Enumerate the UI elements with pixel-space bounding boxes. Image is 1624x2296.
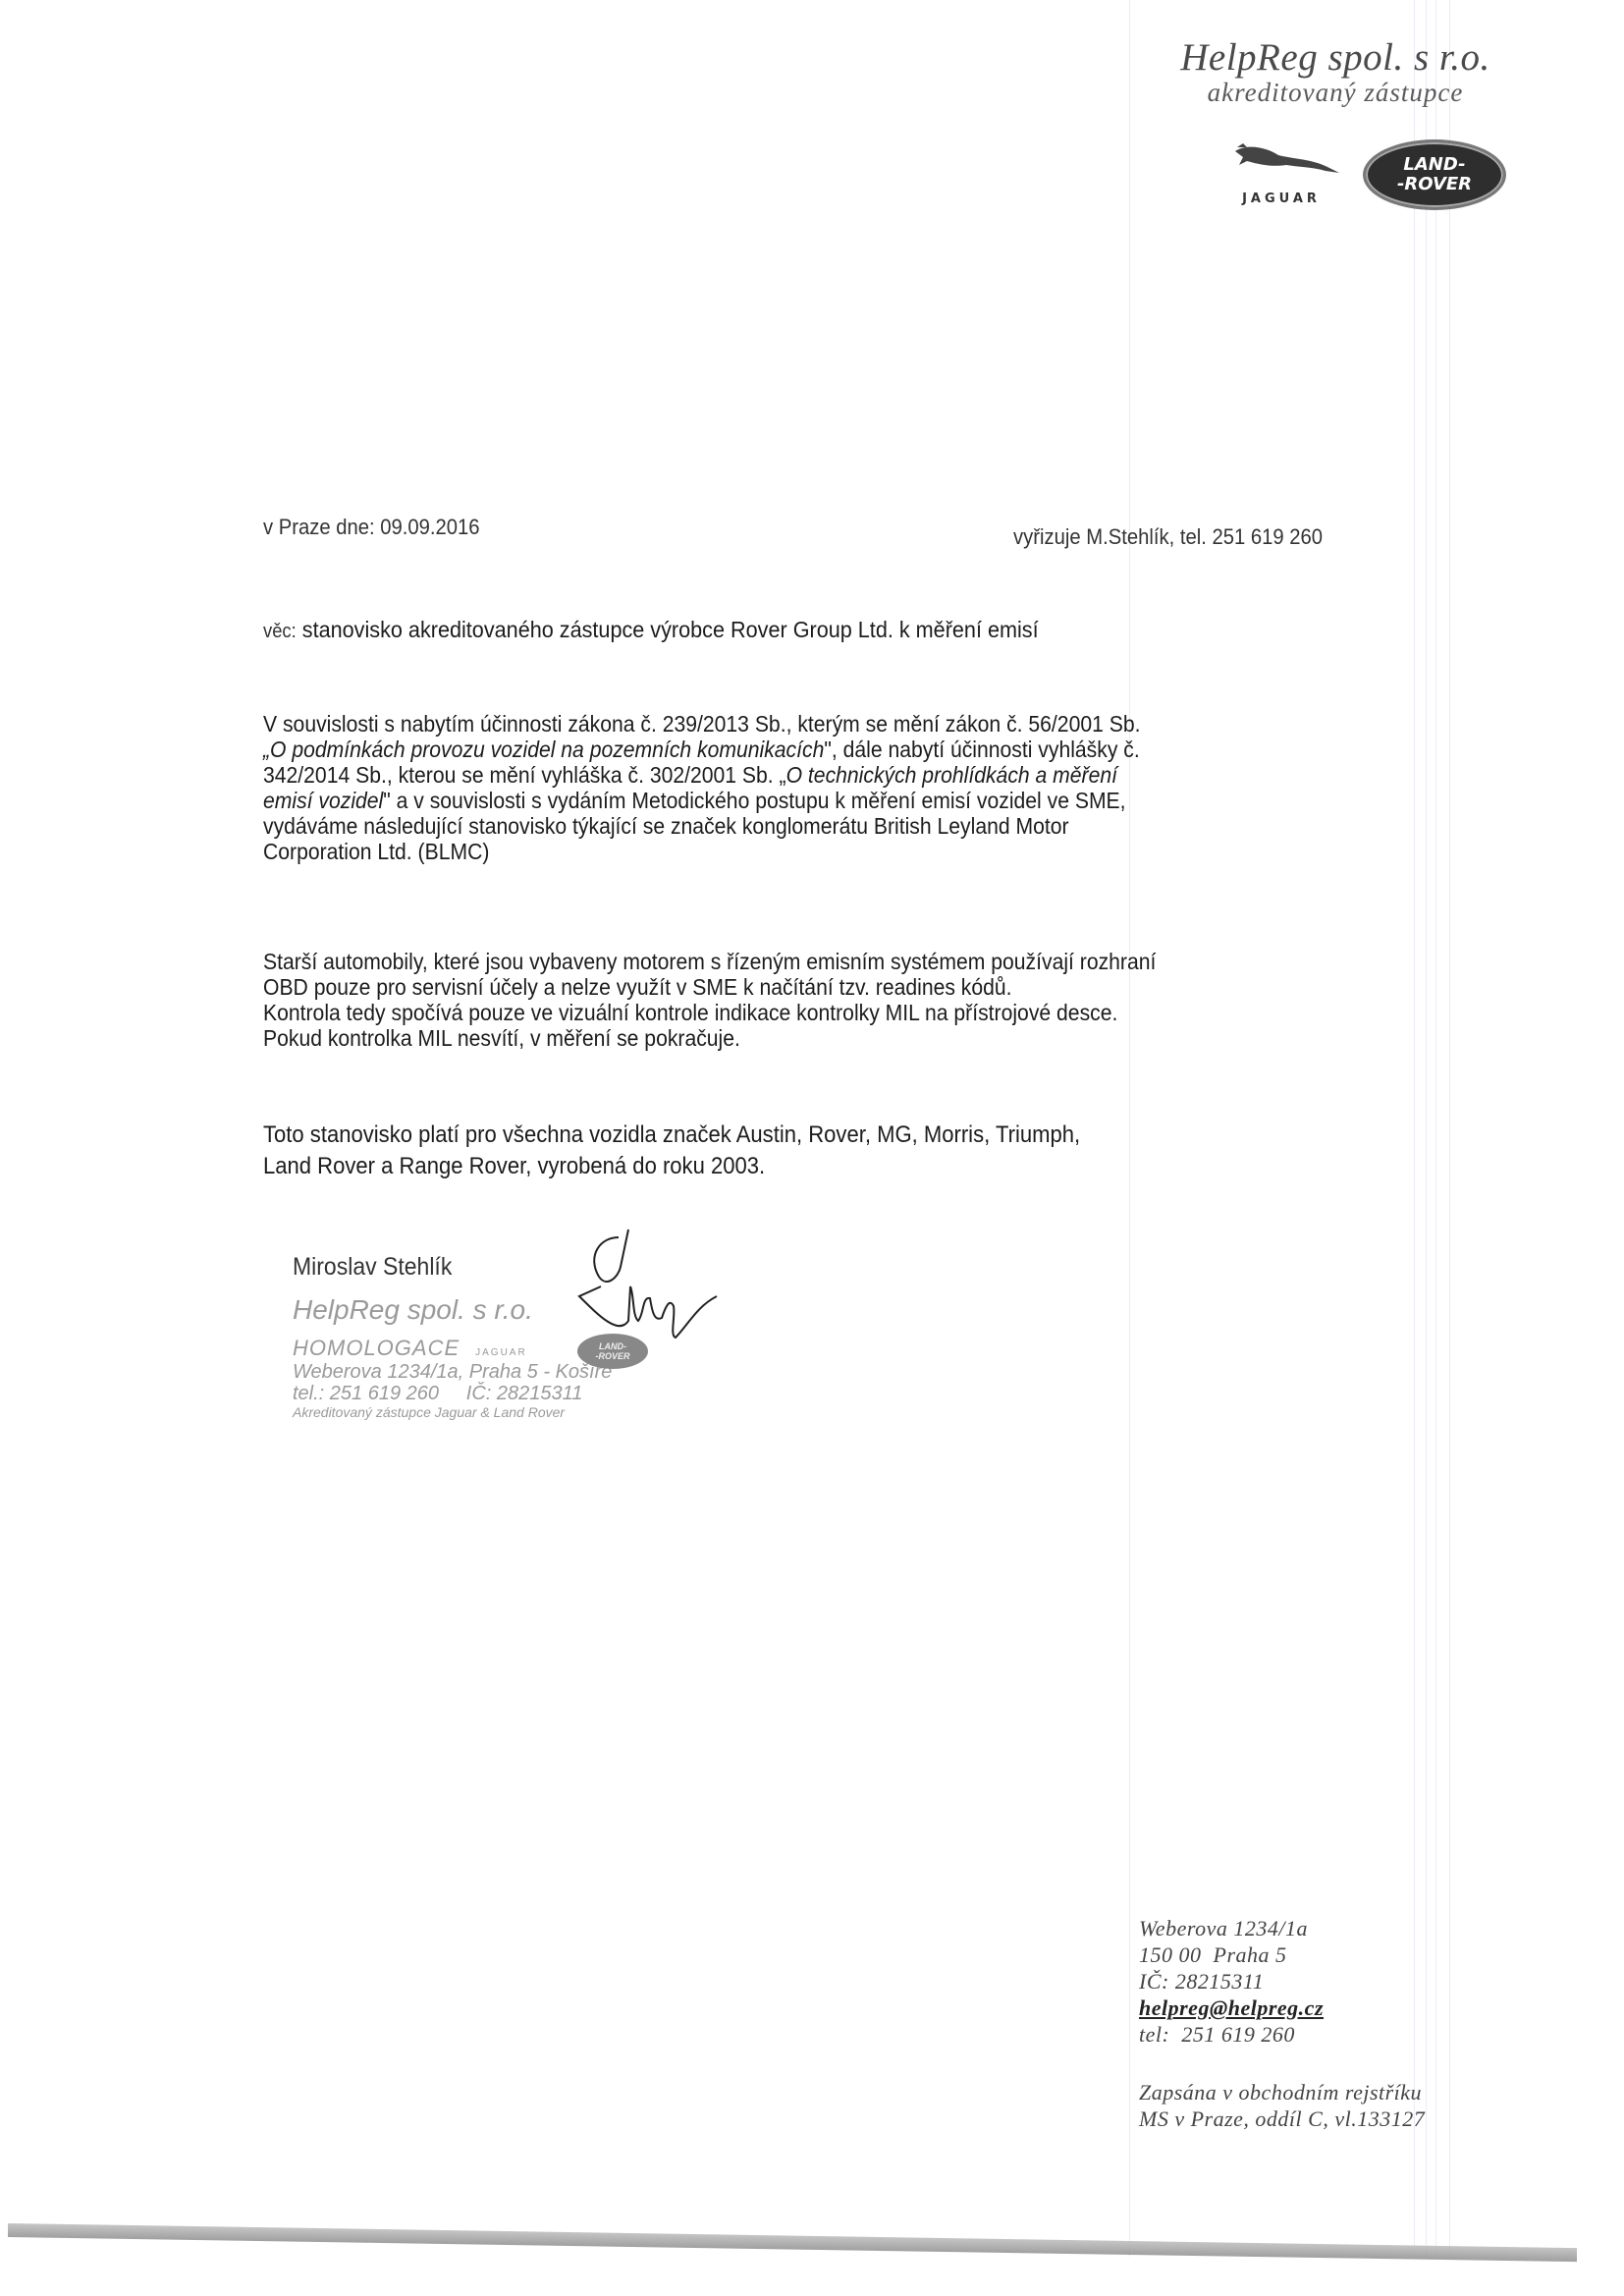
subject-text: stanovisko akreditovaného zástupce výrob… [302,617,1039,642]
text-span: vydáváme následující stanovisko týkající… [263,813,1069,839]
letter-date: v Praze dne: 09.09.2016 [263,515,480,540]
letter-page: HelpReg spol. s r.o. akreditovaný zástup… [0,0,1624,2296]
scan-streak [1449,0,1450,2257]
letterhead: HelpReg spol. s r.o. akreditovaný zástup… [1149,35,1522,108]
letterhead-subtitle: akreditovaný zástupce [1149,78,1522,108]
footer-city: 150 00 Praha 5 [1139,1941,1425,1968]
scan-streak [1435,0,1436,2257]
paragraph-line: Corporation Ltd. (BLMC) [263,839,1140,864]
footer-ic: IČ: 28215311 [1139,1968,1425,1995]
stamp-accreditation: Akreditovaný zástupce Jaguar & Land Rove… [293,1404,612,1420]
regulation-title-italic: O technických prohlídkách a měření [786,762,1117,788]
paragraph-line: Starší automobily, které jsou vybaveny m… [263,949,1156,974]
handwritten-signature-icon [560,1228,736,1355]
footer-street: Weberova 1234/1a [1139,1915,1425,1941]
paragraph-line: Land Rover a Range Rover, vyrobená do ro… [263,1151,1080,1182]
land-rover-badge: LAND- -ROVER [1363,139,1506,210]
scan-edge-shadow [8,2223,1577,2262]
paragraph-line: vydáváme následující stanovisko týkající… [263,813,1140,839]
paragraph-applicability: Toto stanovisko platí pro všechna vozidl… [263,1120,1080,1182]
text-span: V souvislosti s nabytím účinnosti zákona… [263,711,1140,737]
text-span: Corporation Ltd. (BLMC) [263,839,489,864]
regulation-title-italic: emisí vozidel [263,788,383,813]
paragraph-line: emisí vozidel" a v souvislosti s vydáním… [263,788,1140,813]
jaguar-leaper-icon [1218,137,1345,187]
land-rover-badge-line-1: LAND- [1403,155,1465,175]
footer-contact: Weberova 1234/1a 150 00 Praha 5 IČ: 2821… [1139,1915,1425,2132]
jaguar-wordmark: JAGUAR [1218,191,1345,206]
footer-registry-1: Zapsána v obchodním rejstříku [1139,2079,1425,2105]
paragraph-line: V souvislosti s nabytím účinnosti zákona… [263,711,1140,737]
footer-registry-2: MS v Praze, oddíl C, vl.133127 [1139,2105,1425,2132]
jaguar-logo: JAGUAR [1218,137,1345,206]
letterhead-company: HelpReg spol. s r.o. [1149,35,1522,80]
law-title-italic: „O podmínkách provozu vozidel na pozemní… [263,737,824,762]
scan-streak [1426,0,1427,2257]
signatory-name: Miroslav Stehlík [293,1253,452,1282]
paragraph-legislation: V souvislosti s nabytím účinnosti zákona… [263,711,1140,864]
stamp-jaguar-wordmark: JAGUAR [475,1347,527,1358]
paragraph-line: 342/2014 Sb., kterou se mění vyhláška č.… [263,762,1140,788]
text-span: " a v souvislosti s vydáním Metodického … [383,788,1125,813]
paragraph-obd: Starší automobily, které jsou vybaveny m… [263,949,1156,1051]
paragraph-line: OBD pouze pro servisní účely a nelze vyu… [263,974,1156,1000]
paragraph-line: Kontrola tedy spočívá pouze ve vizuální … [263,1000,1156,1025]
land-rover-badge-line-2: -ROVER [1397,175,1472,194]
paragraph-line: Toto stanovisko platí pro všechna vozidl… [263,1120,1080,1151]
stamp-phone-ic: tel.: 251 619 260 IČ: 28215311 [293,1383,612,1404]
letter-subject: věc: stanovisko akreditovaného zástupce … [263,617,1039,643]
text-span: 342/2014 Sb., kterou se mění vyhláška č.… [263,762,786,788]
footer-email-link[interactable]: helpreg@helpreg.cz [1139,1995,1425,2021]
letter-handler: vyřizuje M.Stehlík, tel. 251 619 260 [1013,524,1323,550]
brand-logos: JAGUAR LAND- -ROVER [1218,137,1512,206]
subject-label: věc: [263,621,297,642]
paragraph-line: Pokud kontrolka MIL nesvítí, v měření se… [263,1025,1156,1051]
footer-phone: tel: 251 619 260 [1139,2021,1425,2048]
stamp-address: Weberova 1234/1a, Praha 5 - Košíře [293,1361,612,1383]
text-span: ", dále nabytí účinnosti vyhlášky č. [824,737,1139,762]
stamp-department-label: HOMOLOGACE [293,1336,460,1360]
paragraph-line: „O podmínkách provozu vozidel na pozemní… [263,737,1140,762]
scan-streak [1129,0,1130,2257]
